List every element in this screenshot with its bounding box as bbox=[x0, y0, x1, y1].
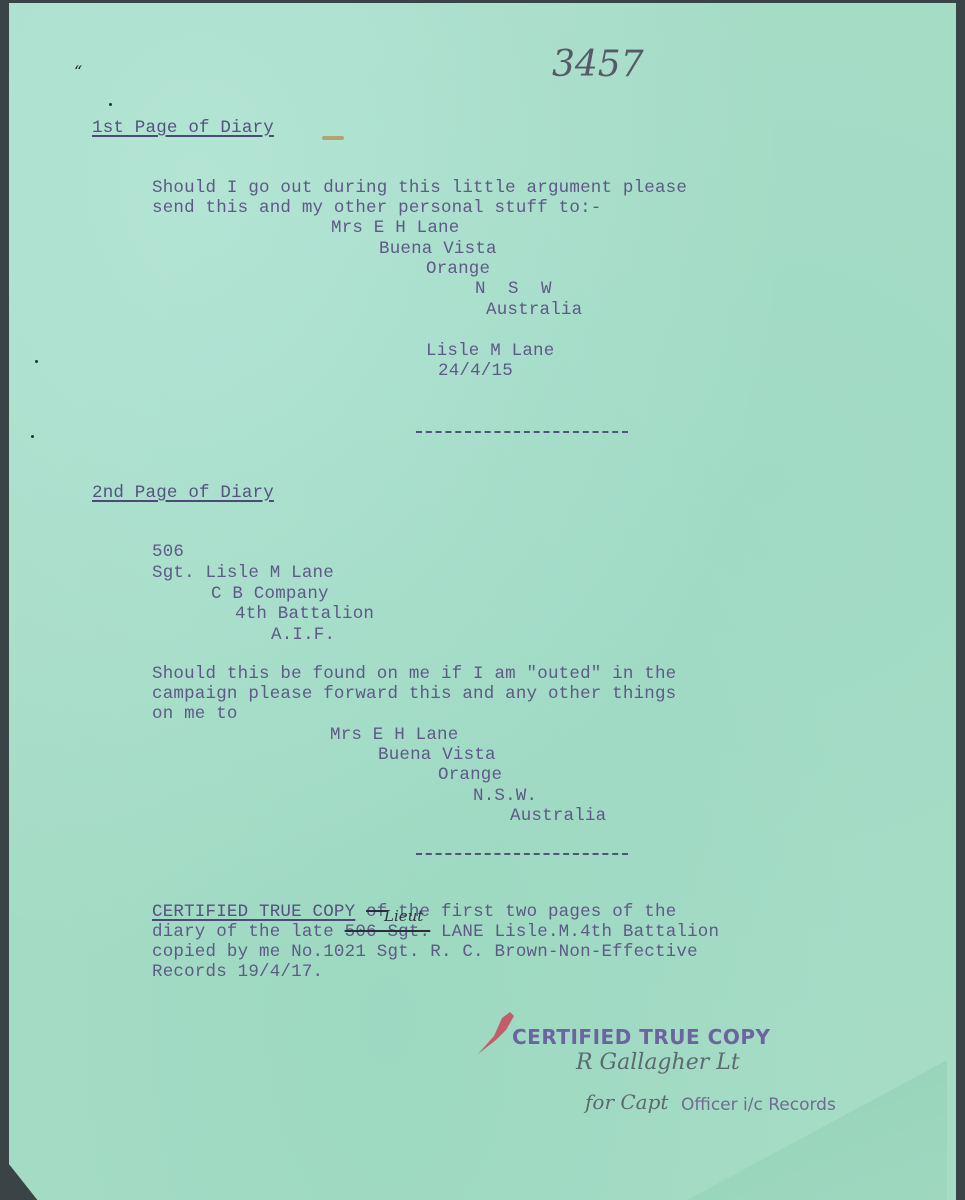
address-line: Australia bbox=[510, 806, 606, 826]
for-capt-handwriting: for Capt bbox=[585, 1090, 668, 1114]
section2-heading: 2nd Page of Diary bbox=[92, 483, 274, 503]
force: A.I.F. bbox=[271, 625, 335, 645]
certified-true-copy: CERTIFIED TRUE COPY bbox=[152, 902, 355, 922]
section2-body-line: Should this be found on me if I am "oute… bbox=[152, 664, 676, 684]
section1-heading: 1st Page of Diary bbox=[92, 118, 274, 138]
address-line: Australia bbox=[486, 300, 582, 320]
address-line: Mrs E H Lane bbox=[330, 725, 458, 745]
ink-mark: “ bbox=[74, 62, 82, 81]
speck bbox=[31, 435, 34, 438]
separator bbox=[416, 431, 628, 433]
certification-line-4: Records 19/4/17. bbox=[152, 962, 323, 982]
stamp-signature: R Gallagher Lt bbox=[576, 1050, 740, 1075]
section1-body-line: send this and my other personal stuff to… bbox=[152, 198, 601, 218]
certification-text: LANE Lisle.M.4th Battalion bbox=[430, 922, 719, 942]
certification-line-3: copied by me No.1021 Sgt. R. C. Brown-No… bbox=[152, 942, 698, 962]
stamp-office: Officer i/c Records bbox=[681, 1095, 836, 1115]
speck bbox=[35, 360, 38, 363]
signature-date: 24/4/15 bbox=[438, 361, 513, 381]
certification-line-2: diary of the late 506 Sgt. LANE Lisle.M.… bbox=[152, 922, 719, 942]
stamp-title: CERTIFIED TRUE COPY bbox=[512, 1025, 770, 1049]
address-line: Buena Vista bbox=[379, 239, 497, 259]
rust-stain bbox=[322, 136, 344, 140]
service-number: 506 bbox=[152, 542, 184, 562]
address-line: Mrs E H Lane bbox=[331, 218, 459, 238]
rank-name: Sgt. Lisle M Lane bbox=[152, 563, 334, 583]
folded-corner bbox=[687, 1060, 947, 1200]
section2-body-line: on me to bbox=[152, 704, 238, 724]
address-line: Orange bbox=[426, 259, 490, 279]
certification-text: diary of the late bbox=[152, 922, 345, 942]
company: C B Company bbox=[211, 584, 329, 604]
speck bbox=[109, 103, 112, 106]
battalion: 4th Battalion bbox=[235, 604, 374, 624]
address-line: Buena Vista bbox=[378, 745, 496, 765]
address-line: Orange bbox=[438, 765, 502, 785]
struck-rank: 506 Sgt. bbox=[345, 922, 431, 942]
address-line: N.S.W. bbox=[473, 786, 537, 806]
address-line: N S W bbox=[475, 279, 558, 299]
signature-name: Lisle M Lane bbox=[426, 341, 554, 361]
separator bbox=[416, 853, 628, 855]
section1-body-line: Should I go out during this little argum… bbox=[152, 178, 687, 198]
certification-text: the first two pages of the bbox=[387, 902, 676, 922]
section2-body-line: campaign please forward this and any oth… bbox=[152, 684, 676, 704]
archive-number: 3457 bbox=[552, 44, 644, 85]
